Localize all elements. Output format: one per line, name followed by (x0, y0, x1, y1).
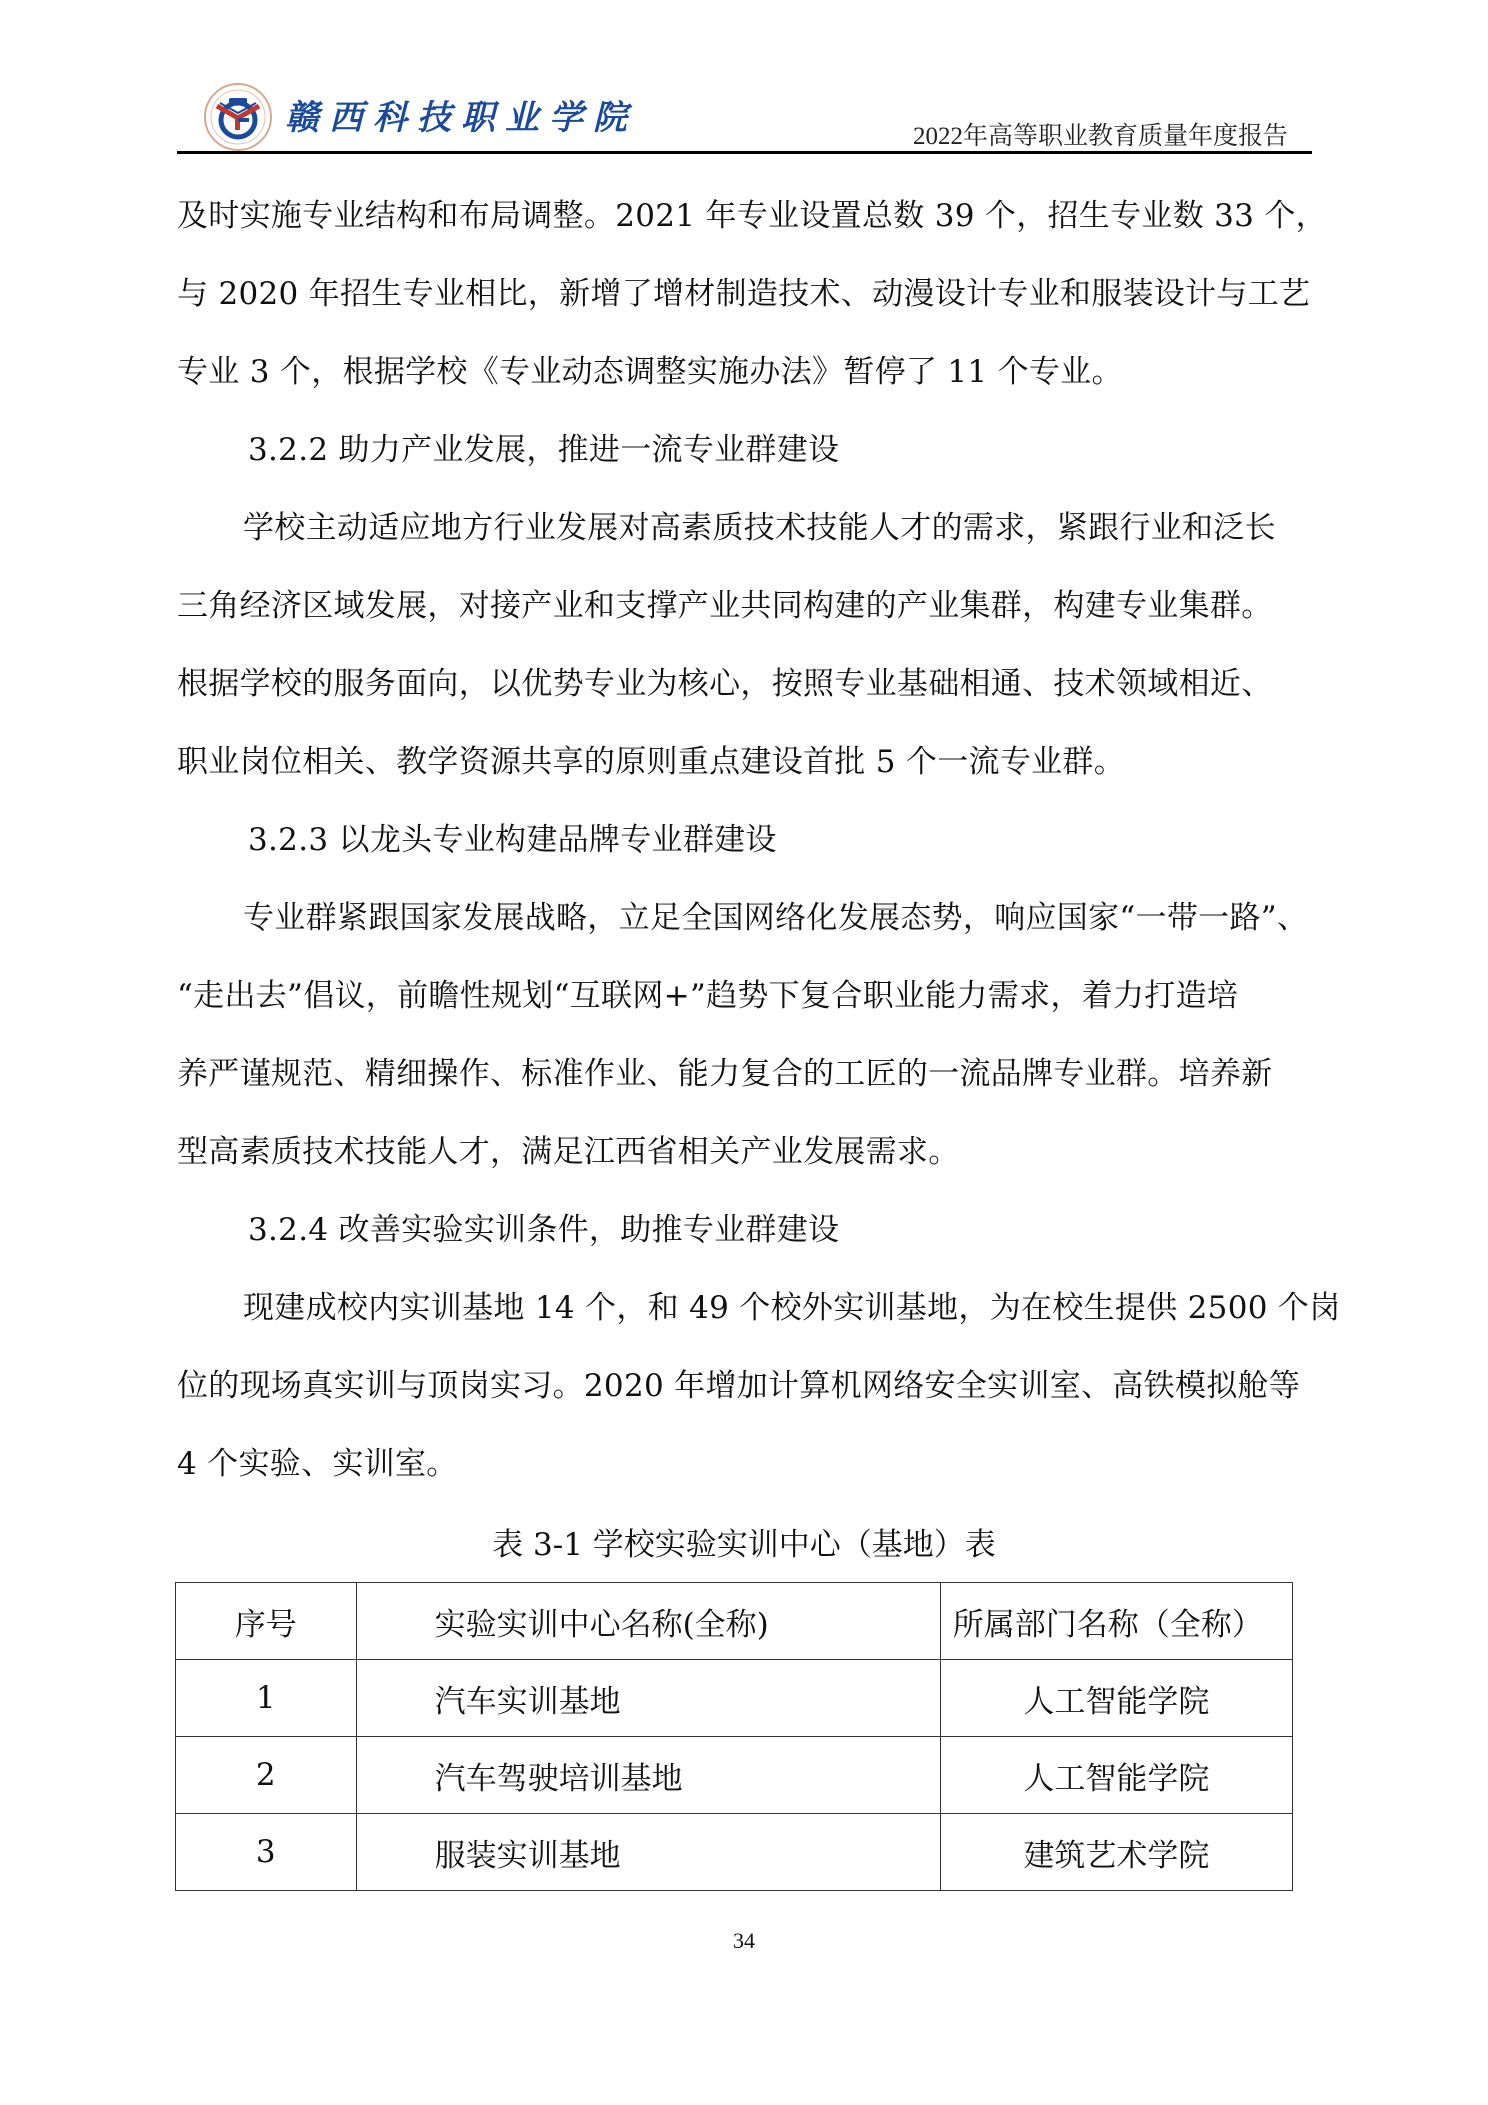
body-line: 现建成校内实训基地 14 个，和 49 个校外实训基地，为在校生提供 2500 … (243, 1290, 1341, 1326)
header-divider (177, 151, 1312, 154)
body-line: 专业 3 个，根据学校《专业动态调整实施办法》暂停了 11 个专业。 (177, 354, 1123, 390)
cell-index: 3 (176, 1814, 357, 1891)
body-line: 位的现场真实训与顶岗实习。2020 年增加计算机网络安全实训室、高铁模拟舱等 (177, 1368, 1300, 1404)
body-line: 4 个实验、实训室。 (177, 1446, 458, 1482)
cell-department: 人工智能学院 (940, 1660, 1292, 1737)
cell-department: 人工智能学院 (940, 1737, 1292, 1814)
school-emblem-icon (203, 82, 273, 152)
school-name: 赣西科技职业学院 (285, 90, 637, 139)
report-title: 2022年高等职业教育质量年度报告 (913, 116, 1288, 152)
section-heading-3-2-4: 3.2.4 改善实验实训条件，助推专业群建设 (248, 1212, 839, 1248)
table-caption: 表 3-1 学校实验实训中心（基地）表 (0, 1527, 1488, 1563)
cell-department: 建筑艺术学院 (940, 1814, 1292, 1891)
body-line: 根据学校的服务面向，以优势专业为核心，按照专业基础相通、技术领域相近、 (177, 666, 1273, 702)
body-line: 三角经济区域发展，对接产业和支撑产业共同构建的产业集群，构建专业集群。 (177, 588, 1273, 624)
body-line: 型高素质技术技能人才，满足江西省相关产业发展需求。 (177, 1134, 960, 1170)
cell-center-name: 汽车驾驶培训基地 (356, 1737, 940, 1814)
body-line: “走出去”倡议，前瞻性规划“互联网+”趋势下复合职业能力需求，着力打造培 (177, 978, 1238, 1014)
cell-index: 2 (176, 1737, 357, 1814)
body-line: 专业群紧跟国家发展战略，立足全国网络化发展态势，响应国家“一带一路”、 (243, 900, 1308, 936)
body-line: 养严谨规范、精细操作、标准作业、能力复合的工匠的一流品牌专业群。培养新 (177, 1056, 1273, 1092)
table-row: 2 汽车驾驶培训基地 人工智能学院 (176, 1737, 1293, 1814)
body-line: 与 2020 年招生专业相比，新增了增材制造技术、动漫设计专业和服装设计与工艺 (177, 276, 1310, 312)
header-cell-index: 序号 (176, 1583, 357, 1660)
section-heading-3-2-3: 3.2.3 以龙头专业构建品牌专业群建设 (248, 822, 777, 858)
table-row: 1 汽车实训基地 人工智能学院 (176, 1660, 1293, 1737)
header-cell-department: 所属部门名称（全称） (940, 1583, 1292, 1660)
page-number: 34 (0, 1928, 1488, 1954)
section-heading-3-2-2: 3.2.2 助力产业发展，推进一流专业群建设 (248, 432, 839, 468)
cell-center-name: 汽车实训基地 (356, 1660, 940, 1737)
body-line: 职业岗位相关、教学资源共享的原则重点建设首批 5 个一流专业群。 (177, 744, 1125, 780)
header-cell-center-name: 实验实训中心名称(全称) (356, 1583, 940, 1660)
cell-center-name: 服装实训基地 (356, 1814, 940, 1891)
body-line: 学校主动适应地方行业发展对高素质技术技能人才的需求，紧跟行业和泛长 (243, 510, 1276, 546)
table-row: 3 服装实训基地 建筑艺术学院 (176, 1814, 1293, 1891)
cell-index: 1 (176, 1660, 357, 1737)
table-header-row: 序号 实验实训中心名称(全称) 所属部门名称（全称） (176, 1583, 1293, 1660)
training-centers-table: 序号 实验实训中心名称(全称) 所属部门名称（全称） 1 汽车实训基地 人工智能… (175, 1582, 1293, 1891)
body-line: 及时实施专业结构和布局调整。2021 年专业设置总数 39 个，招生专业数 33… (177, 198, 1327, 234)
